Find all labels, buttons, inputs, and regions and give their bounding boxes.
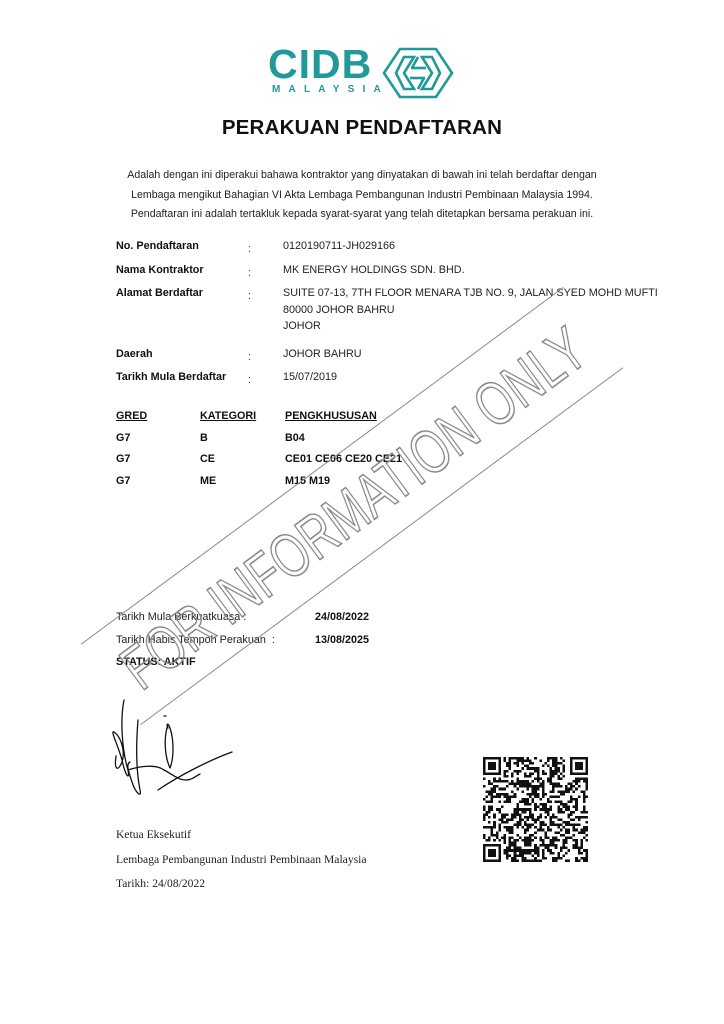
registration-no-value: 0120190711-JH029166 [283,239,395,253]
logo-wordmark: CIDB [268,40,372,88]
document-title: PERAKUAN PENDAFTARAN [0,116,724,140]
address-line-1: SUITE 07-13, 7TH FLOOR MENARA TJB NO. 9,… [283,286,658,300]
grade-header: GRED [116,410,147,422]
separator: : [248,373,251,387]
category-header: KATEGORI [200,410,256,422]
statement-line-1: Adalah dengan ini diperakui bahawa kontr… [100,166,624,186]
certification-statement: Adalah dengan ini diperakui bahawa kontr… [100,166,624,225]
expiry-date-label: Tarikh Habis Tempoh Perakuan : [116,634,275,646]
category-cell: ME [200,475,216,487]
district-row: Daerah : JOHOR BAHRU [0,347,724,363]
separator: : [248,350,251,364]
effective-date-label: Tarikh Mula Berkuatkuasa : [116,611,246,623]
separator: : [248,242,251,256]
specialization-cell: B04 [285,432,305,444]
cidb-logo: CIDB MALAYSIA [268,44,458,100]
registration-no-row: No. Pendaftaran : 0120190711-JH029166 [0,239,724,255]
category-cell: CE [200,453,215,465]
district-label: Daerah [116,347,153,361]
statement-line-3: Pendaftaran ini adalah tertakluk kepada … [100,205,624,225]
signature-date: Tarikh: 24/08/2022 [116,877,205,890]
grade-cell: G7 [116,432,130,444]
specialization-cell: M15 M19 [285,475,330,487]
signatory-position: Ketua Eksekutif [116,828,191,841]
grades-table: GRED KATEGORI PENGKHUSUSAN G7 B B04 G7 C… [0,410,724,490]
expiry-date-value: 13/08/2025 [315,634,369,646]
signatory-organization: Lembaga Pembangunan Industri Pembinaan M… [116,853,367,866]
logo-country: MALAYSIA [272,84,389,96]
registration-no-label: No. Pendaftaran [116,239,199,253]
grade-cell: G7 [116,475,130,487]
address-line-2: 80000 JOHOR BAHRU [283,303,395,317]
registered-since-label: Tarikh Mula Berdaftar [116,370,226,384]
district-value: JOHOR BAHRU [283,347,362,361]
contractor-name-row: Nama Kontraktor : MK ENERGY HOLDINGS SDN… [0,263,724,279]
specialization-header: PENGKHUSUSAN [285,410,377,422]
status-badge: STATUS: AKTIF [116,656,196,668]
separator: : [248,266,251,280]
watermark: FOR INFORMATION ONLY [0,0,724,1024]
contractor-name-value: MK ENERGY HOLDINGS SDN. BHD. [283,263,465,277]
specialization-cell: CE01 CE06 CE20 CE21 [285,453,402,465]
contractor-name-label: Nama Kontraktor [116,263,204,277]
registered-since-row: Tarikh Mula Berdaftar : 15/07/2019 [0,370,724,386]
statement-line-2: Lembaga mengikut Bahagian VI Akta Lembag… [100,186,624,206]
address-row: Alamat Berdaftar : SUITE 07-13, 7TH FLOO… [0,286,724,334]
address-line-3: JOHOR [283,319,321,333]
signature-image [100,690,250,805]
separator: : [248,289,251,303]
effective-date-value: 24/08/2022 [315,611,369,623]
qr-code-icon[interactable] [483,757,588,862]
registered-since-value: 15/07/2019 [283,370,337,384]
address-label: Alamat Berdaftar [116,286,203,300]
cidb-emblem-icon [382,46,454,100]
grade-cell: G7 [116,453,130,465]
category-cell: B [200,432,208,444]
